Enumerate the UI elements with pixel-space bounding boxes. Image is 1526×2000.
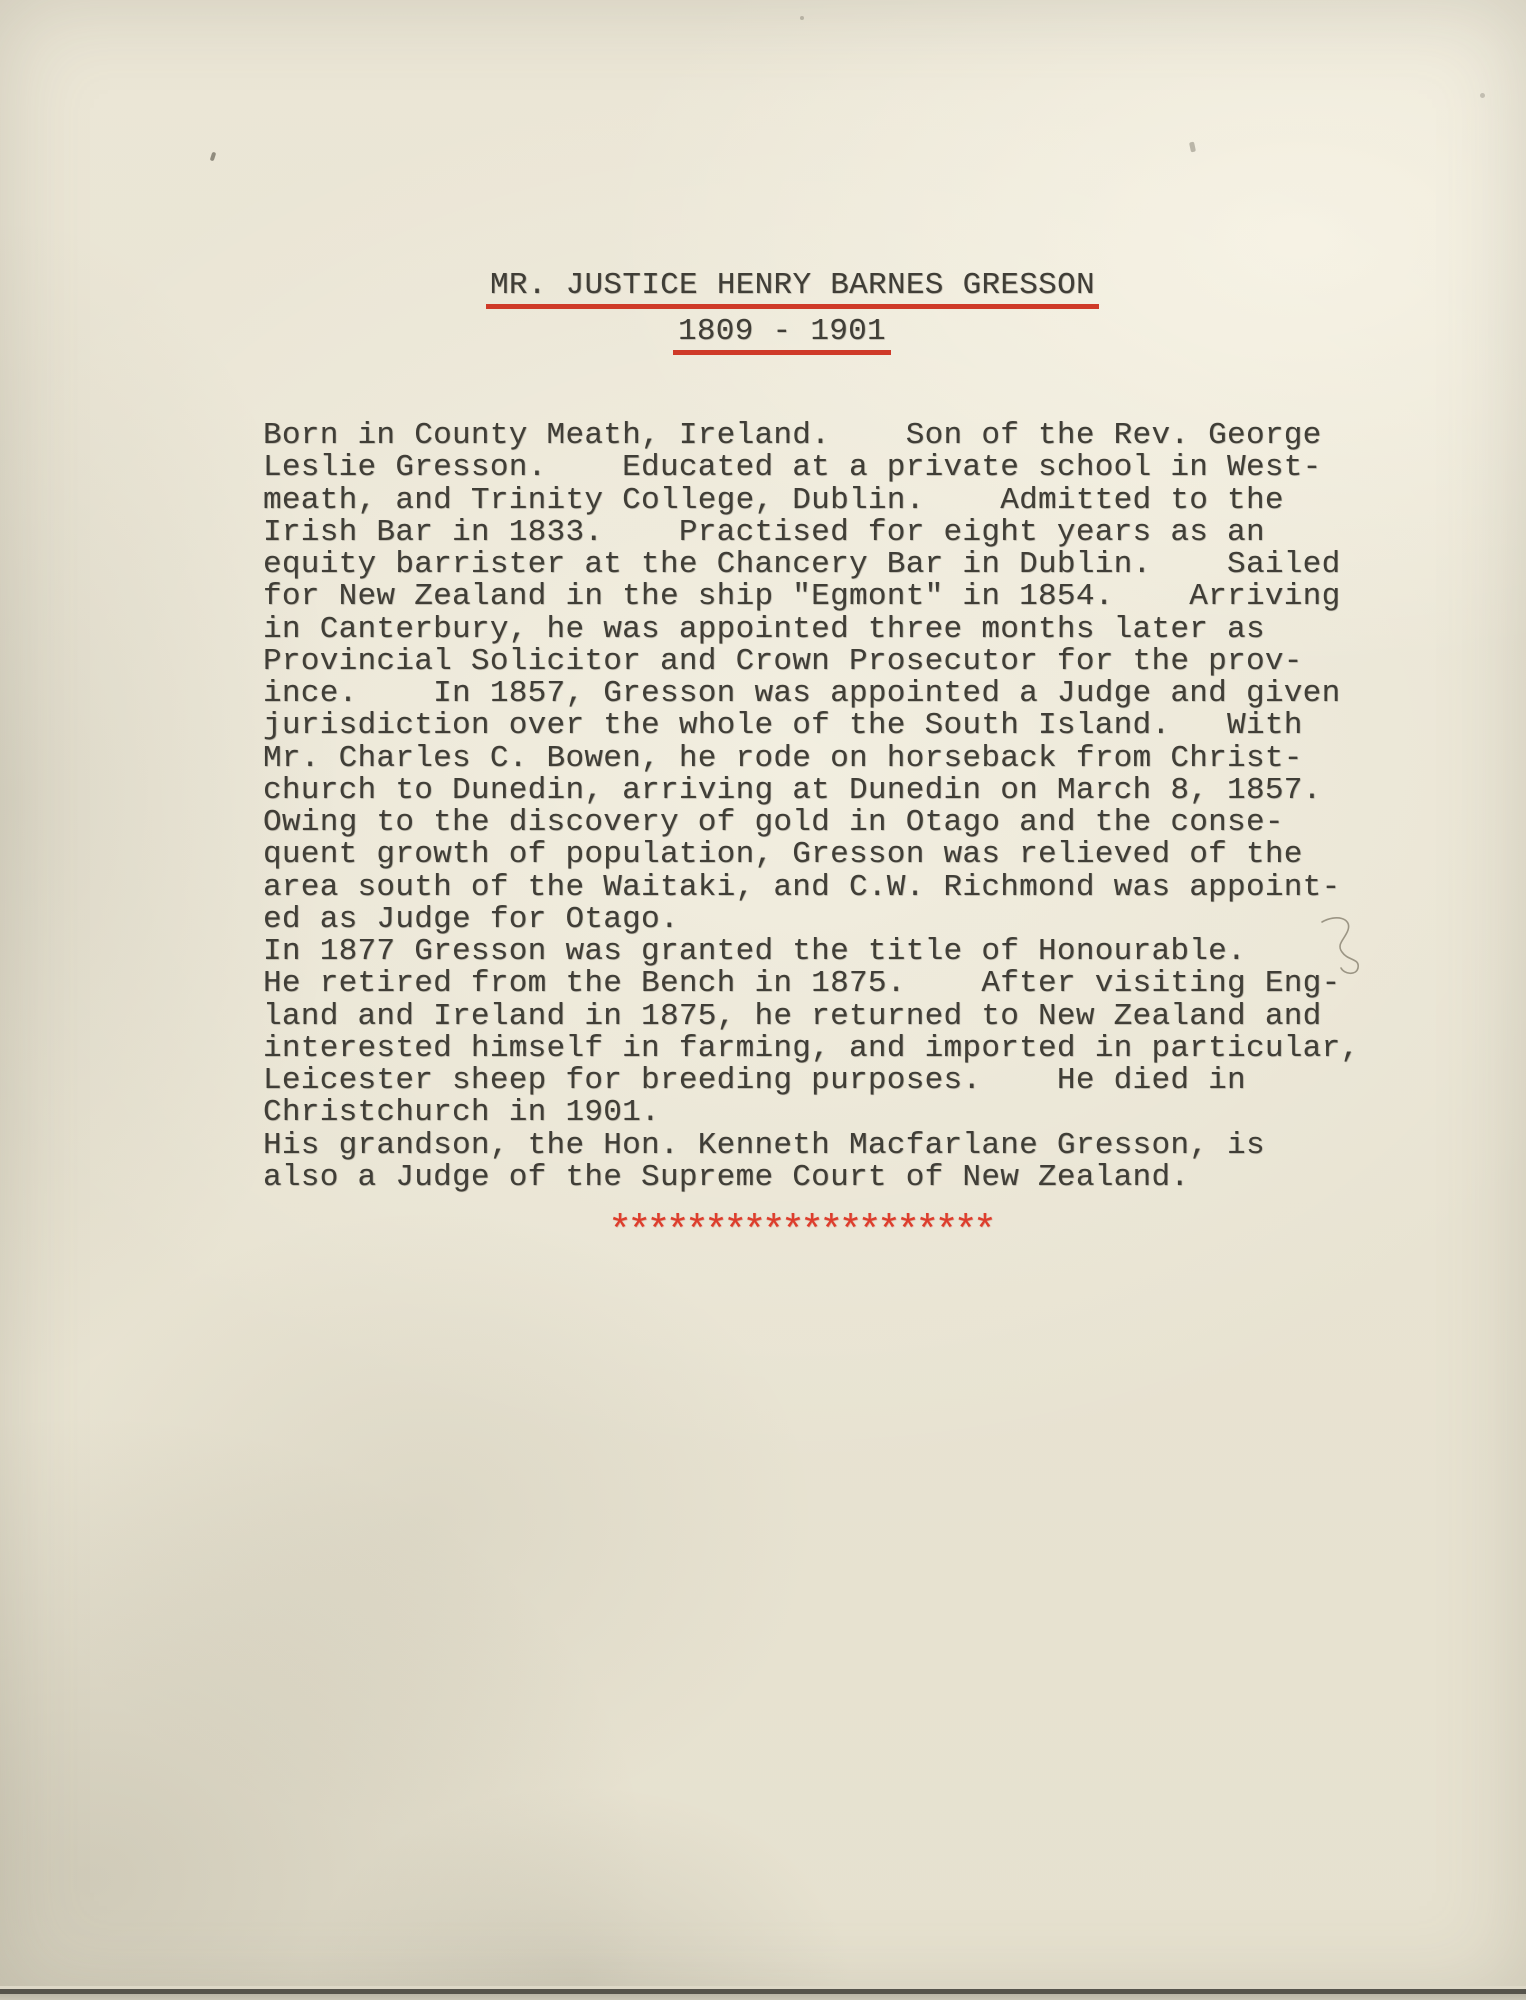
typed-line: also a Judge of the Supreme Court of New… <box>263 1162 1359 1194</box>
asterisk-divider: ******************** <box>608 1213 992 1253</box>
scan-bottom-edge <box>0 1986 1526 2000</box>
typed-line: ince. In 1857, Gresson was appointed a J… <box>263 678 1359 710</box>
typed-line: for New Zealand in the ship "Egmont" in … <box>263 581 1359 613</box>
typed-line: Leslie Gresson. Educated at a private sc… <box>263 452 1359 484</box>
typed-line: In 1877 Gresson was granted the title of… <box>263 936 1359 968</box>
document-body: Born in County Meath, Ireland. Son of th… <box>263 420 1359 1194</box>
typed-line: area south of the Waitaki, and C.W. Rich… <box>263 872 1359 904</box>
typed-line: church to Dunedin, arriving at Dunedin o… <box>263 775 1359 807</box>
paper-speck <box>210 152 217 162</box>
typed-line: ed as Judge for Otago. <box>263 904 1359 936</box>
typed-line: in Canterbury, he was appointed three mo… <box>263 614 1359 646</box>
typed-line: jurisdiction over the whole of the South… <box>263 710 1359 742</box>
document-years: 1809 - 1901 <box>673 316 891 355</box>
pencil-squiggle-mark <box>1308 912 1388 992</box>
typed-line: Owing to the discovery of gold in Otago … <box>263 807 1359 839</box>
typed-line: equity barrister at the Chancery Bar in … <box>263 549 1359 581</box>
typed-line: Mr. Charles C. Bowen, he rode on horseba… <box>263 743 1359 775</box>
paper-speck <box>800 16 804 20</box>
document-page: MR. JUSTICE HENRY BARNES GRESSON 1809 - … <box>0 0 1526 2000</box>
document-title: MR. JUSTICE HENRY BARNES GRESSON <box>486 270 1099 309</box>
typed-line: He retired from the Bench in 1875. After… <box>263 968 1359 1000</box>
typed-line: meath, and Trinity College, Dublin. Admi… <box>263 485 1359 517</box>
typed-line: interested himself in farming, and impor… <box>263 1033 1359 1065</box>
paper-speck <box>1189 142 1196 153</box>
typed-line: Provincial Solicitor and Crown Prosecuto… <box>263 646 1359 678</box>
typed-line: Christchurch in 1901. <box>263 1097 1359 1129</box>
typed-line: quent growth of population, Gresson was … <box>263 839 1359 871</box>
typed-line: Leicester sheep for breeding purposes. H… <box>263 1065 1359 1097</box>
typed-line: Born in County Meath, Ireland. Son of th… <box>263 420 1359 452</box>
typed-line: land and Ireland in 1875, he returned to… <box>263 1001 1359 1033</box>
paper-speck <box>1480 93 1485 98</box>
typed-line: His grandson, the Hon. Kenneth Macfarlan… <box>263 1130 1359 1162</box>
typed-line: Irish Bar in 1833. Practised for eight y… <box>263 517 1359 549</box>
